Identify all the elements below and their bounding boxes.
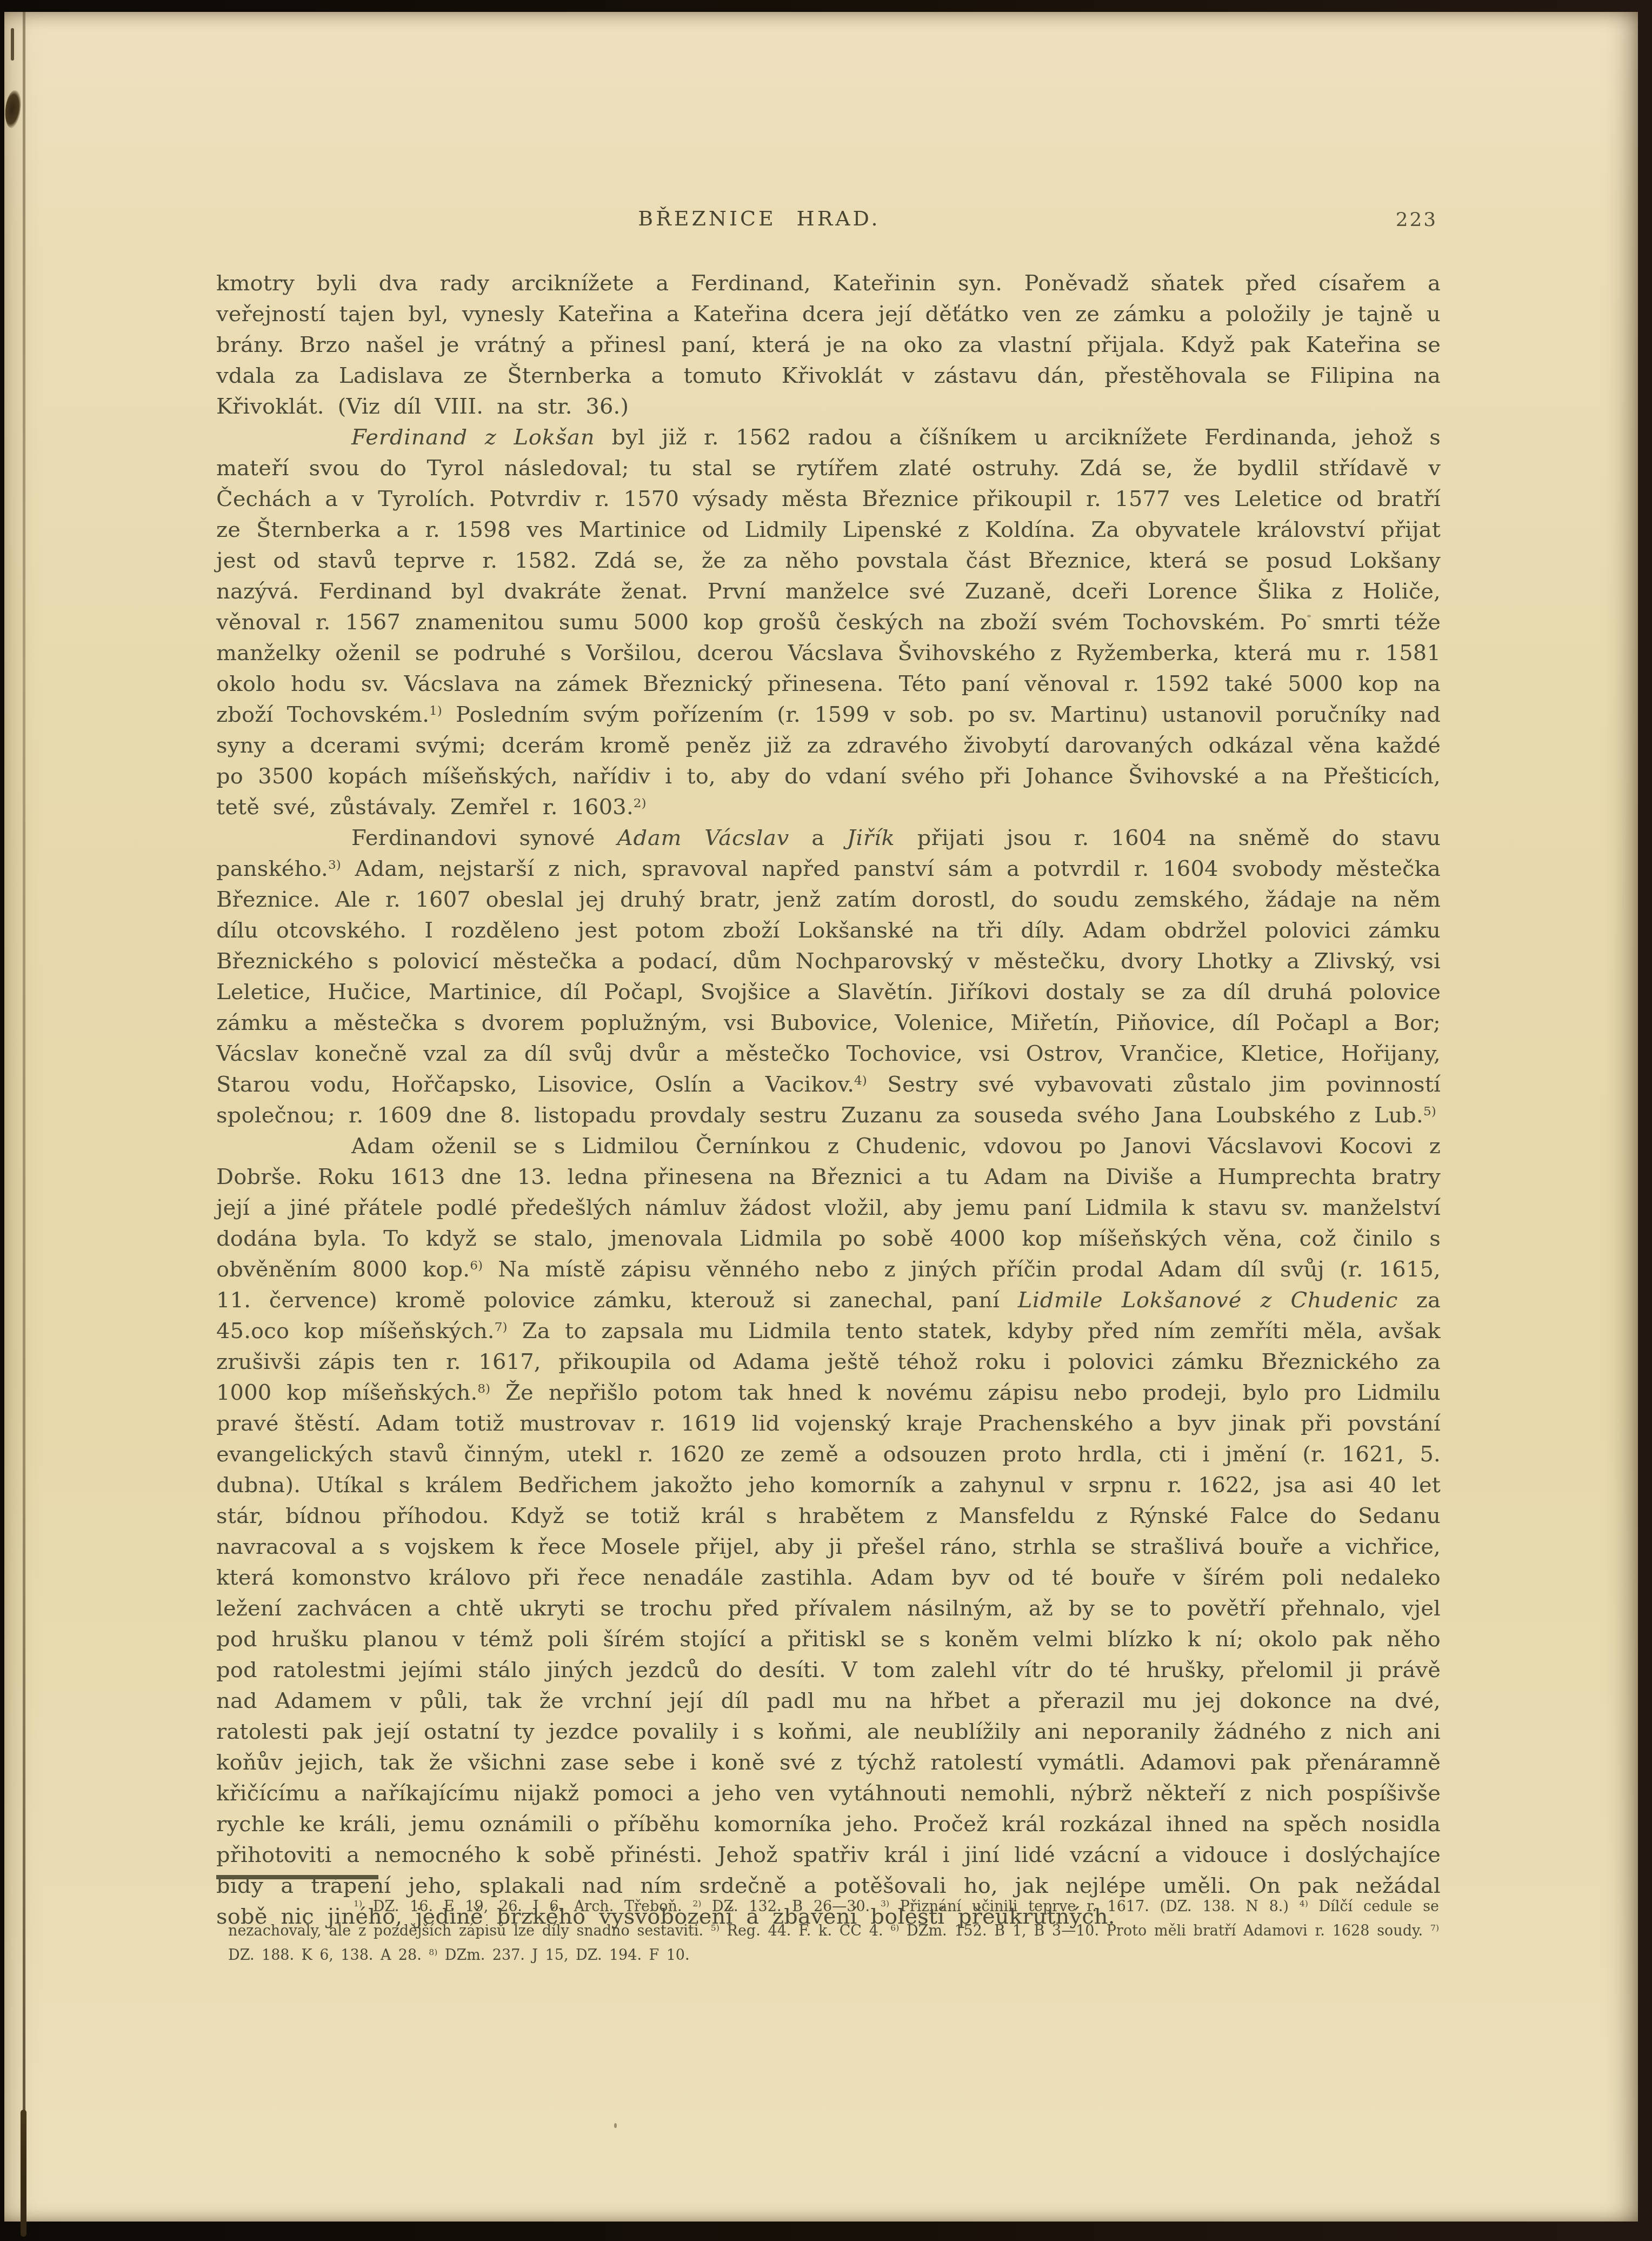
text-segment: kmotry byli dva rady arciknížete a Ferdi… (216, 271, 1441, 419)
page-header: BŘEZNICE HRAD. 223 (216, 207, 1441, 239)
text-segment: DZ. 132. B 26—30. (701, 1898, 881, 1915)
text-segment: Reg. 44. F. k. CC 4. (720, 1923, 890, 1939)
text-segment: Adam, nejstarší z nich, spravoval napřed… (216, 856, 1441, 1097)
dust-speck (614, 2123, 617, 2128)
footnote-marker: 5) (711, 1923, 720, 1933)
binding-crease-mark (21, 2110, 26, 2237)
paragraph: Ferdinand z Lokšan byl již r. 1562 radou… (216, 422, 1441, 823)
text-segment: Ferdinandovi synové (351, 826, 617, 850)
running-title: BŘEZNICE HRAD. (147, 207, 1371, 230)
ink-smudge (3, 89, 23, 129)
text-segment: byl již r. 1562 radou a číšníkem u arcik… (216, 425, 1441, 727)
text-segment: Ferdinand z Lokšan (351, 425, 595, 450)
text-segment: DZ. 16. E 19, 26. J 6. Arch. Třeboň. (362, 1898, 692, 1915)
footnote-marker: 1) (429, 703, 442, 718)
text-segment: DZm. 152. B 1, B 3—10. Proto měli bratří… (899, 1923, 1430, 1939)
footnote-marker: 2) (634, 796, 647, 810)
binding-crease (23, 12, 25, 2222)
text-segment: Jiřík (847, 826, 895, 850)
footnote-marker: 8) (477, 1381, 490, 1396)
paragraph: kmotry byli dva rady arciknížete a Ferdi… (216, 268, 1441, 422)
footnotes: 1) DZ. 16. E 19, 26. J 6. Arch. Třeboň. … (228, 1894, 1439, 1967)
text-segment: DZm. 237. J 15, DZ. 194. F 10. (437, 1947, 689, 1964)
body-text: kmotry byli dva rady arciknížete a Ferdi… (216, 268, 1441, 1932)
paragraph: Ferdinandovi synové Adam Vácslav a Jiřík… (216, 823, 1441, 1131)
scan-frame: BŘEZNICE HRAD. 223 kmotry byli dva rady … (0, 0, 1652, 2241)
footnote-marker: 6) (890, 1923, 899, 1933)
footnote-marker: 7) (495, 1320, 508, 1334)
footnote-marker: 3) (881, 1898, 889, 1908)
text-segment: Že nepřišlo potom tak hned k novému zápi… (216, 1380, 1441, 1929)
text-segment: Lidmile Lokšanové z Chudenic (1018, 1288, 1398, 1313)
footnote-marker: 1) (354, 1898, 362, 1908)
footnote-marker: 2) (692, 1898, 701, 1908)
book-page: BŘEZNICE HRAD. 223 kmotry byli dva rady … (4, 12, 1638, 2222)
text-segment: Adam Vácslav (617, 826, 789, 850)
edge-mark (11, 28, 14, 61)
text-segment: Přiznání učinili teprve r. 1617. (DZ. 13… (889, 1898, 1300, 1915)
footnote-marker: 7) (1430, 1923, 1439, 1933)
footnote-marker: 4) (1300, 1898, 1308, 1908)
page-number: 223 (1396, 209, 1437, 231)
footnote-marker: 5) (1423, 1104, 1436, 1119)
paragraph: Adam oženil se s Lidmilou Černínkou z Ch… (216, 1131, 1441, 1932)
text-segment: a (789, 826, 847, 850)
text-segment: DZ. 188. K 6, 138. A 28. (228, 1947, 429, 1964)
footnote-marker: 3) (328, 857, 341, 872)
footnote-marker: 4) (854, 1073, 867, 1088)
footnote-marker: 6) (470, 1258, 483, 1273)
footnote-marker: 8) (429, 1947, 437, 1957)
footnote-separator (216, 1875, 378, 1879)
